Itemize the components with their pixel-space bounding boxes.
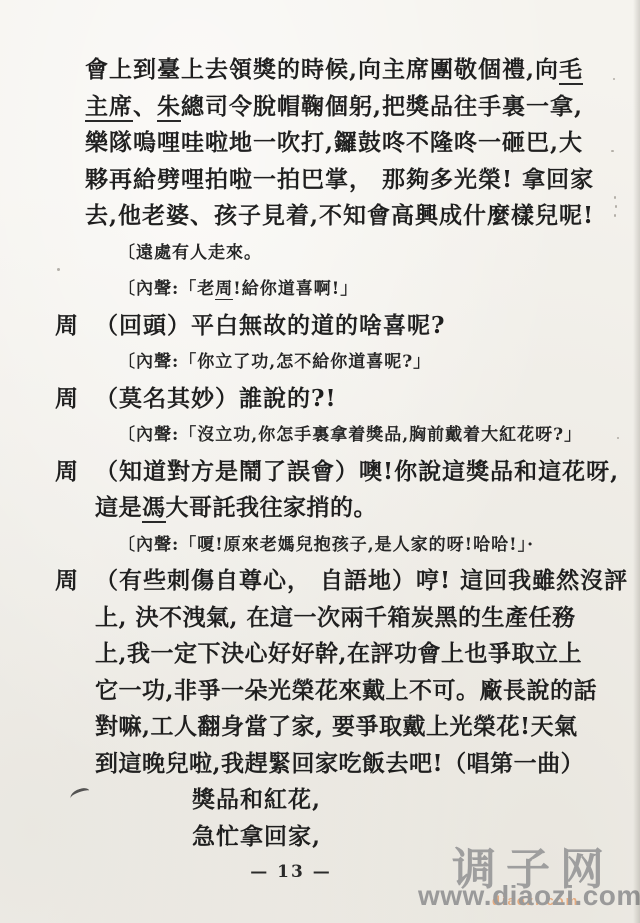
speaker-name: 周 — [55, 381, 95, 418]
dialogue-line-3: 周（知道對方是鬧了誤會）噢!你說這獎品和這花呀, — [55, 454, 620, 491]
proper-name-zhou: 周 — [215, 279, 233, 300]
stage-text: 〔內聲:「你立了功,怎不給你道喜呢?」 — [118, 352, 431, 372]
narration-text: 總司令脫帽鞠個躬,把獎品往手裏一拿, — [181, 93, 583, 120]
proper-name-mao: 毛 — [559, 56, 583, 85]
proper-name-feng: 馮 — [142, 494, 166, 523]
stage-text: !給你道喜啊!」 — [233, 279, 358, 299]
dialogue-line-4-continued-4: 對嘛,工人翻身當了家, 要爭取戴上光榮花!天氣 — [55, 709, 620, 746]
stage-direction-5: 〔內聲:「嗄!原來老媽兒抱孩子,是人家的呀!哈哈!」· — [55, 527, 620, 564]
narration-text: 樂隊嗚哩哇啦地一吹打,鑼鼓咚不隆咚一砸巴,大 — [85, 129, 583, 156]
proper-name-zhuxi: 主席 — [85, 93, 133, 122]
dialogue-text: （莫名其妙）誰說的?! — [95, 385, 337, 412]
stage-text: 〔內聲:「沒立功,你怎手裏拿着獎品,胸前戴着大紅花呀?」 — [118, 425, 582, 445]
dialogue-line-3-continued: 這是馮大哥託我往家捎的。 — [55, 490, 620, 527]
stage-direction-1: 〔遠處有人走來。 — [55, 235, 620, 272]
narration-text: 、 — [133, 93, 157, 120]
dialogue-text: 這是 — [95, 494, 142, 521]
ink-speck — [60, 318, 62, 320]
ink-speck — [617, 437, 619, 439]
dialogue-line-2: 周（莫名其妙）誰說的?! — [55, 381, 620, 418]
scanned-script-page: 會上到臺上去領獎的時候,向主席團敬個禮,向毛 主席、朱總司令脫帽鞠個躬,把獎品往… — [0, 0, 640, 923]
narration-line-3: 樂隊嗚哩哇啦地一吹打,鑼鼓咚不隆咚一砸巴,大 — [55, 125, 620, 162]
dialogue-text: 大哥託我往家捎的。 — [166, 494, 378, 521]
watermark-site-url: www.diaozi.com — [418, 880, 640, 912]
dialogue-text: （知道對方是鬧了誤會）噢!你說這獎品和這花呀, — [95, 458, 619, 485]
stage-text: 〔遠處有人走來。 — [118, 243, 262, 263]
stage-direction-3: 〔內聲:「你立了功,怎不給你道喜呢?」 — [55, 344, 620, 381]
narration-line-4: 夥再給劈哩拍啦一拍巴掌， 那夠多光榮! 拿回家 — [55, 162, 620, 199]
stage-direction-4: 〔內聲:「沒立功,你怎手裏拿着獎品,胸前戴着大紅花呀?」 — [55, 417, 620, 454]
song-text: 獎品和紅花, — [192, 786, 321, 813]
speaker-name: 周 — [55, 308, 95, 345]
narration-text: 夥再給劈哩拍啦一拍巴掌， 那夠多光榮! 拿回家 — [85, 166, 594, 193]
dialogue-text: 到這晚兒啦,我趕緊回家吃飯去吧!（唱第一曲） — [95, 750, 584, 777]
script-text-block: 會上到臺上去領獎的時候,向主席團敬個禮,向毛 主席、朱總司令脫帽鞠個躬,把獎品往… — [0, 0, 640, 855]
speaker-name: 周 — [55, 563, 95, 600]
dialogue-text: 上,我一定下決心好好幹,在評功會上也爭取立上 — [95, 640, 582, 667]
dialogue-line-4-continued-1: 上, 決不洩氣, 在這一次兩千箱炭黑的生產任務 — [55, 600, 620, 637]
ink-speck — [615, 205, 617, 208]
narration-line-2: 主席、朱總司令脫帽鞠個躬,把獎品往手裏一拿, — [55, 89, 620, 126]
dialogue-line-4-continued-2: 上,我一定下決心好好幹,在評功會上也爭取立上 — [55, 636, 620, 673]
scan-edge-shadow — [633, 0, 640, 923]
proper-name-zhu: 朱 — [157, 93, 181, 122]
ink-speck — [611, 150, 614, 152]
dialogue-text: 上, 決不洩氣, 在這一次兩千箱炭黑的生產任務 — [95, 604, 576, 631]
song-line-1: 獎品和紅花, — [55, 782, 620, 819]
dialogue-text: （有些刺傷自尊心， 自語地）哼! 這回我雖然沒評 — [95, 567, 628, 594]
ink-speck — [57, 268, 60, 271]
narration-text: 會上到臺上去領獎的時候,向主席團敬個禮,向 — [85, 56, 559, 83]
page-number: — 13 — — [236, 862, 346, 882]
narration-text: 去,他老婆、孩子見着,不知會高興成什麼樣兒呢! — [85, 202, 594, 229]
dialogue-text: （回頭）平白無故的道的啥喜呢? — [95, 312, 445, 339]
dialogue-line-4-continued-3: 它一功,非爭一朵光榮花來戴上不可。廠長說的話 — [55, 673, 620, 710]
stage-text: 〔內聲:「老 — [118, 279, 215, 299]
ink-speck — [613, 78, 615, 80]
song-text: 急忙拿回家, — [192, 823, 321, 850]
ink-speck — [614, 196, 616, 199]
dialogue-text: 它一功,非爭一朵光榮花來戴上不可。廠長說的話 — [95, 677, 597, 704]
stage-text: 〔內聲:「嗄!原來老媽兒抱孩子,是人家的呀!哈哈!」· — [118, 535, 534, 555]
narration-line-5: 去,他老婆、孩子見着,不知會高興成什麼樣兒呢! — [55, 198, 620, 235]
narration-line-1: 會上到臺上去領獎的時候,向主席團敬個禮,向毛 — [55, 52, 620, 89]
stage-direction-2: 〔內聲:「老周!給你道喜啊!」 — [55, 271, 620, 308]
dialogue-line-4-continued-5: 到這晚兒啦,我趕緊回家吃飯去吧!（唱第一曲） — [55, 746, 620, 783]
ink-speck — [614, 214, 616, 217]
speaker-name: 周 — [55, 454, 95, 491]
dialogue-line-1: 周（回頭）平白無故的道的啥喜呢? — [55, 308, 620, 345]
dialogue-line-4: 周（有些刺傷自尊心， 自語地）哼! 這回我雖然沒評 — [55, 563, 620, 600]
dialogue-text: 對嘛,工人翻身當了家, 要爭取戴上光榮花!天氣 — [95, 713, 578, 740]
